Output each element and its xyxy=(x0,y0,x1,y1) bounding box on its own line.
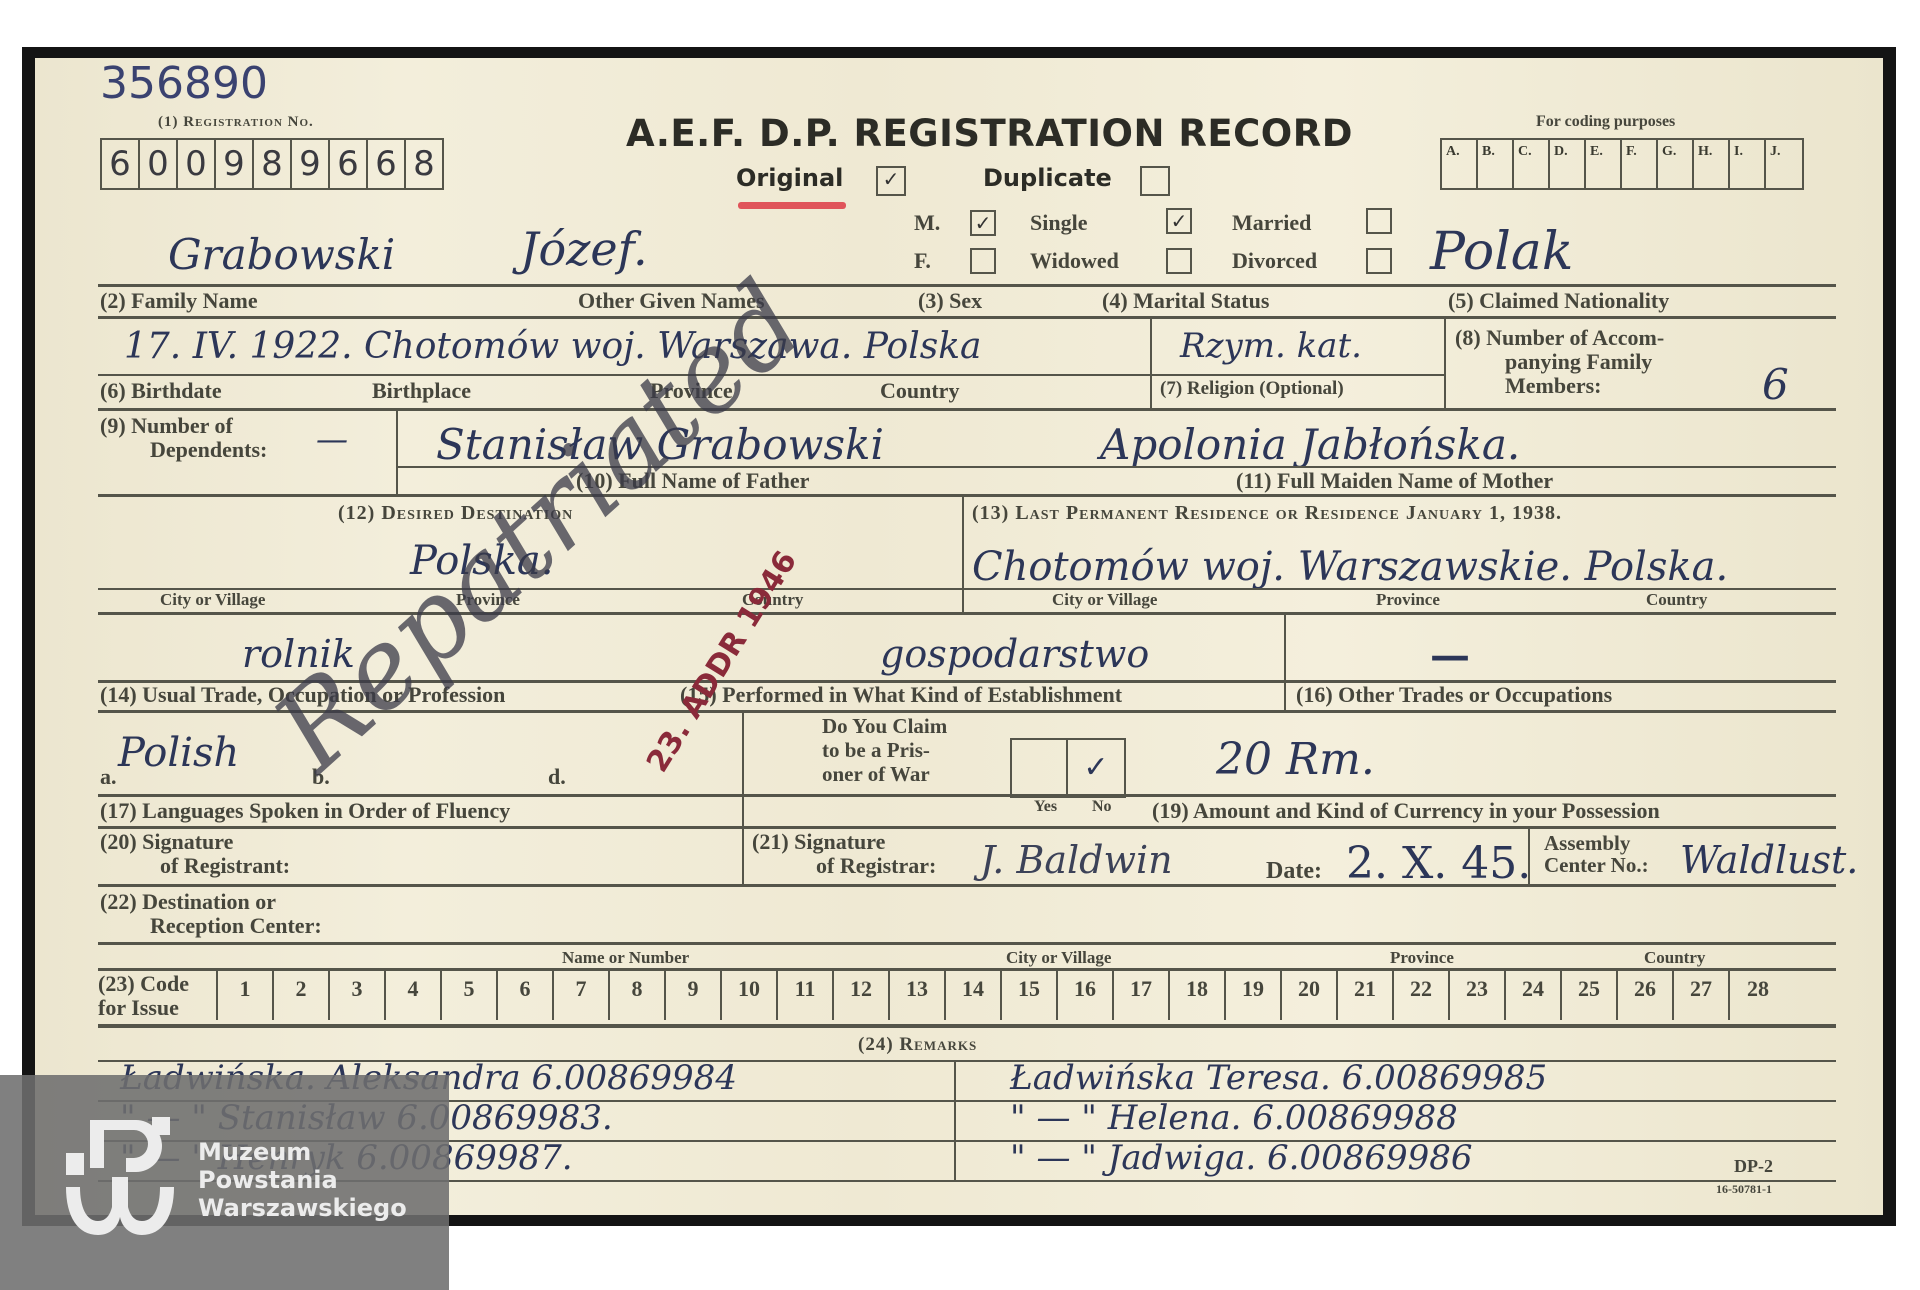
accompanying-label-line2: panying Family xyxy=(1455,350,1664,374)
registrar-sig-line2: of Registrar: xyxy=(752,854,936,878)
currency-value: 20 Rm. xyxy=(1216,734,1375,785)
single-label: Single xyxy=(1030,210,1087,236)
accompanying-label-line3: Members: xyxy=(1455,374,1664,398)
divider xyxy=(98,794,1836,797)
married-label: Married xyxy=(1232,210,1311,236)
divider xyxy=(962,494,964,614)
divider xyxy=(98,884,1836,887)
pow-no-checkbox[interactable]: ✓ xyxy=(1066,738,1126,798)
original-label: Original xyxy=(736,164,843,192)
issue-cell: 19 xyxy=(1226,970,1282,1020)
issue-cell: 24 xyxy=(1506,970,1562,1020)
reg-digit: 9 xyxy=(216,140,254,188)
issue-cell: 3 xyxy=(330,970,386,1020)
issue-cell: 17 xyxy=(1114,970,1170,1020)
family-name-value: Grabowski xyxy=(168,230,395,279)
reg-digit: 6 xyxy=(102,140,140,188)
dest-city-label: City or Village xyxy=(160,590,265,610)
pow-yes-checkbox[interactable] xyxy=(1010,738,1068,798)
remark-right: Ładwińska Teresa. 6.00869985 xyxy=(1010,1058,1547,1098)
sex-m-checkbox[interactable]: ✓ xyxy=(970,210,996,236)
establishment-value: gospodarstwo xyxy=(880,632,1149,676)
birth-country-label: Country xyxy=(880,378,959,404)
issue-cell: 10 xyxy=(722,970,778,1020)
issue-cell: 7 xyxy=(554,970,610,1020)
original-checkbox[interactable]: ✓ xyxy=(876,166,906,196)
assembly-line2: Center No.: xyxy=(1544,854,1649,876)
issue-cell: 8 xyxy=(610,970,666,1020)
coding-cell: A. xyxy=(1442,140,1478,188)
registration-number-boxes: 6 0 0 9 8 9 6 6 8 xyxy=(100,138,444,190)
reg-digit: 8 xyxy=(406,140,442,188)
res-country-label: Country xyxy=(1646,590,1707,610)
date-value: 2. X. 45. xyxy=(1346,838,1531,889)
divider xyxy=(1528,826,1530,886)
registrar-signature-label: (21) Signature of Registrar: xyxy=(752,830,936,878)
museum-anchor-logo-icon xyxy=(60,1115,180,1240)
assembly-center-value: Waldlust. xyxy=(1680,838,1858,882)
issue-cell: 16 xyxy=(1058,970,1114,1020)
coding-cell: G. xyxy=(1658,140,1694,188)
remark-right: " — " Jadwiga. 6.00869986 xyxy=(1010,1138,1473,1178)
print-code: 16-50781-1 xyxy=(1716,1182,1772,1197)
sex-f-checkbox[interactable] xyxy=(970,248,996,274)
nationality-label: (5) Claimed Nationality xyxy=(1448,288,1669,314)
code-for-issue-cells: 1 2 3 4 5 6 7 8 9 10 11 12 13 14 15 16 1… xyxy=(216,970,1786,1020)
pow-label-line2: to be a Pris- xyxy=(822,738,947,762)
coding-cell: C. xyxy=(1514,140,1550,188)
coding-label: For coding purposes xyxy=(1536,113,1675,131)
currency-label: (19) Amount and Kind of Currency in your… xyxy=(1152,798,1660,824)
registrar-signature-value: J. Baldwin xyxy=(980,838,1173,882)
issue-cell: 11 xyxy=(778,970,834,1020)
reg-digit: 6 xyxy=(330,140,368,188)
reception-name-label: Name or Number xyxy=(562,948,689,968)
divorced-checkbox[interactable] xyxy=(1366,248,1392,274)
museum-name-line2: Powstania xyxy=(198,1166,407,1194)
assembly-line1: Assembly xyxy=(1544,832,1649,854)
issue-cell: 9 xyxy=(666,970,722,1020)
divider xyxy=(98,408,1836,411)
reg-digit: 0 xyxy=(140,140,178,188)
religion-value: Rzym. kat. xyxy=(1180,326,1362,366)
issue-cell: 13 xyxy=(890,970,946,1020)
issue-cell: 6 xyxy=(498,970,554,1020)
establishment-label: (15) Performed in What Kind of Establish… xyxy=(680,682,1122,708)
languages-label: (17) Languages Spoken in Order of Fluenc… xyxy=(100,798,510,824)
pow-label: Do You Claim to be a Pris- oner of War xyxy=(822,714,947,786)
mother-value: Apolonia Jabłońska. xyxy=(1100,420,1520,469)
reception-country-label: Country xyxy=(1644,948,1705,968)
registrant-sig-line1: (20) Signature xyxy=(100,830,290,854)
divorced-label: Divorced xyxy=(1232,248,1317,274)
museum-name: Muzeum Powstania Warszawskiego xyxy=(198,1138,407,1222)
reg-digit: 0 xyxy=(178,140,216,188)
registrar-sig-line1: (21) Signature xyxy=(752,830,936,854)
divider xyxy=(1284,612,1286,712)
form-title: A.E.F. D.P. REGISTRATION RECORD xyxy=(626,112,1353,155)
accompanying-value: 6 xyxy=(1762,360,1789,409)
res-city-label: City or Village xyxy=(1052,590,1157,610)
divider xyxy=(954,1060,956,1180)
birth-value: 17. IV. 1922. Chotomów woj. Warszawa. Po… xyxy=(124,326,981,367)
sex-label: (3) Sex xyxy=(918,288,982,314)
res-province-label: Province xyxy=(1376,590,1440,610)
duplicate-label: Duplicate xyxy=(983,164,1112,192)
code-for-issue-label: (23) Code for Issue xyxy=(98,972,189,1020)
reg-digit: 6 xyxy=(368,140,406,188)
accompanying-label-line1: (8) Number of Accom- xyxy=(1455,326,1664,350)
reception-center-label: (22) Destination or Reception Center: xyxy=(100,890,322,938)
museum-name-line1: Muzeum xyxy=(198,1138,407,1166)
widowed-checkbox[interactable] xyxy=(1166,248,1192,274)
coding-cell: E. xyxy=(1586,140,1622,188)
issue-cell: 4 xyxy=(386,970,442,1020)
coding-cell: I. xyxy=(1730,140,1766,188)
issue-cell: 18 xyxy=(1170,970,1226,1020)
sex-f-label: F. xyxy=(914,248,931,274)
archive-number: 356890 xyxy=(100,58,268,109)
reception-line2: Reception Center: xyxy=(100,914,322,938)
pow-label-line1: Do You Claim xyxy=(822,714,947,738)
other-trades-label: (16) Other Trades or Occupations xyxy=(1296,682,1612,708)
divider xyxy=(98,494,1836,497)
issue-cell: 14 xyxy=(946,970,1002,1020)
original-underline xyxy=(738,202,846,209)
accompanying-label: (8) Number of Accom- panying Family Memb… xyxy=(1455,326,1664,398)
reg-digit: 8 xyxy=(254,140,292,188)
assembly-center-label: Assembly Center No.: xyxy=(1544,832,1649,876)
reception-line1: (22) Destination or xyxy=(100,890,322,914)
dependents-value: — xyxy=(316,420,348,458)
reception-city-label: City or Village xyxy=(1006,948,1111,968)
divider xyxy=(98,316,1836,319)
dependents-label: (9) Number of Dependents: xyxy=(100,414,267,462)
registrant-signature-label: (20) Signature of Registrant: xyxy=(100,830,290,878)
reg-digit: 9 xyxy=(292,140,330,188)
marital-status-label: (4) Marital Status xyxy=(1102,288,1269,314)
pow-label-line3: oner of War xyxy=(822,762,947,786)
duplicate-checkbox[interactable] xyxy=(1140,166,1170,196)
nationality-value: Polak xyxy=(1430,222,1573,282)
birthplace-label: Birthplace xyxy=(372,378,471,404)
issue-cell: 15 xyxy=(1002,970,1058,1020)
divider xyxy=(98,588,1836,590)
form-code: DP-2 xyxy=(1734,1156,1773,1177)
code-line1: (23) Code xyxy=(98,972,189,996)
divider xyxy=(98,284,1836,287)
issue-cell: 12 xyxy=(834,970,890,1020)
issue-cell: 28 xyxy=(1730,970,1786,1020)
lang-a-label: a. xyxy=(100,764,117,790)
widowed-label: Widowed xyxy=(1030,248,1119,274)
issue-cell: 2 xyxy=(274,970,330,1020)
pow-no-label: No xyxy=(1092,798,1112,816)
coding-cell: H. xyxy=(1694,140,1730,188)
date-label: Date: xyxy=(1266,858,1322,885)
issue-cell: 22 xyxy=(1394,970,1450,1020)
remark-right: " — " Helena. 6.00869988 xyxy=(1010,1098,1458,1138)
museum-name-line3: Warszawskiego xyxy=(198,1194,407,1222)
code-line2: for Issue xyxy=(98,996,189,1020)
coding-cell: F. xyxy=(1622,140,1658,188)
issue-cell: 1 xyxy=(218,970,274,1020)
divider xyxy=(396,408,398,496)
last-residence-value: Chotomów woj. Warszawskie. Polska. xyxy=(972,544,1728,590)
divider xyxy=(98,942,1836,945)
coding-cell: J. xyxy=(1766,140,1802,188)
registrant-sig-line2: of Registrant: xyxy=(100,854,290,878)
single-checkbox[interactable]: ✓ xyxy=(1166,208,1192,234)
married-checkbox[interactable] xyxy=(1366,208,1392,234)
divider xyxy=(1444,316,1446,408)
divider xyxy=(1150,316,1152,408)
lang-d-label: d. xyxy=(548,764,566,790)
reception-province-label: Province xyxy=(1390,948,1454,968)
issue-cell: 23 xyxy=(1450,970,1506,1020)
issue-cell: 25 xyxy=(1562,970,1618,1020)
issue-cell: 5 xyxy=(442,970,498,1020)
birthdate-label: (6) Birthdate xyxy=(100,378,222,404)
dependents-label-line1: (9) Number of xyxy=(100,414,267,438)
other-trades-value: — xyxy=(1430,632,1470,679)
registration-number-label: (1) Registration No. xyxy=(158,114,314,131)
given-names-value: Józef. xyxy=(520,222,648,276)
religion-label: (7) Religion (Optional) xyxy=(1160,378,1344,400)
remarks-label: (24) Remarks xyxy=(858,1034,977,1056)
family-name-label: (2) Family Name xyxy=(100,288,258,314)
coding-cell: B. xyxy=(1478,140,1514,188)
coding-boxes: A. B. C. D. E. F. G. H. I. J. xyxy=(1440,138,1804,190)
lang-a-value: Polish xyxy=(118,730,239,776)
issue-cell: 27 xyxy=(1674,970,1730,1020)
last-residence-label: (13) Last Permanent Residence or Residen… xyxy=(972,502,1562,525)
divider xyxy=(98,826,1836,829)
coding-cell: D. xyxy=(1550,140,1586,188)
pow-yes-label: Yes xyxy=(1034,798,1057,816)
issue-cell: 21 xyxy=(1338,970,1394,1020)
divider xyxy=(98,1024,1836,1028)
issue-cell: 26 xyxy=(1618,970,1674,1020)
issue-cell: 20 xyxy=(1282,970,1338,1020)
divider xyxy=(742,710,744,886)
mother-label: (11) Full Maiden Name of Mother xyxy=(1236,468,1553,494)
dependents-label-line2: Dependents: xyxy=(100,438,267,462)
sex-m-label: M. xyxy=(914,210,940,236)
